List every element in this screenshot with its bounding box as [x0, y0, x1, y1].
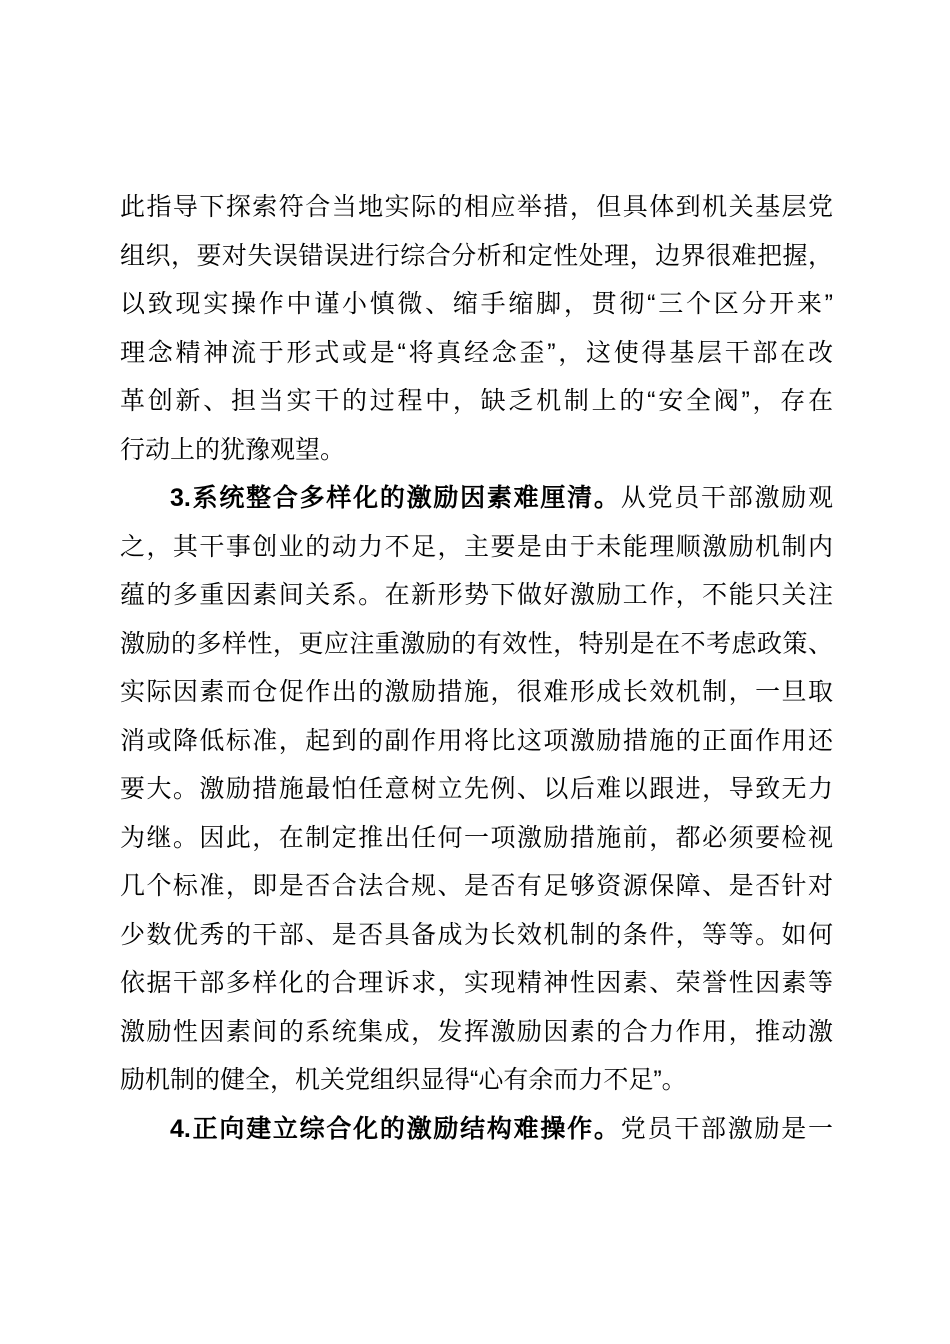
text-line: 依据干部多样化的合理诉求，实现精神性因素、荣誉性因素等 — [120, 959, 833, 1008]
text-line: 激励性因素间的系统集成，发挥激励因素的合力作用，推动激 — [120, 1008, 833, 1057]
text-line: 实际因素而仓促作出的激励措施，很难形成长效机制，一旦取 — [120, 668, 833, 717]
text-line: 革创新、担当实干的过程中，缺乏机制上的“安全阀”，存在 — [120, 377, 833, 426]
text-line: 以致现实操作中谨小慎微、缩手缩脚，贯彻“三个区分开来” — [120, 280, 833, 329]
paragraph-end-line: 行动上的犹豫观望。 — [120, 426, 833, 475]
document-page: 此指导下探索符合当地实际的相应举措，但具体到机关基层党 组织，要对失误错误进行综… — [0, 0, 950, 1344]
section-3-heading-rest: 从党员干部激励观 — [621, 484, 833, 512]
text-line: 此指导下探索符合当地实际的相应举措，但具体到机关基层党 — [120, 183, 833, 232]
text-line: 组织，要对失误错误进行综合分析和定性处理，边界很难把握， — [120, 232, 833, 281]
text-line: 消或降低标准，起到的副作用将比这项激励措施的正面作用还 — [120, 717, 833, 766]
paragraph-end-line: 励机制的健全，机关党组织显得“心有余而力不足”。 — [120, 1056, 833, 1105]
text-line: 之，其干事创业的动力不足，主要是由于未能理顺激励机制内 — [120, 523, 833, 572]
text-line: 少数优秀的干部、是否具备成为长效机制的条件，等等。如何 — [120, 911, 833, 960]
text-line: 为继。因此，在制定推出任何一项激励措施前，都必须要检视 — [120, 814, 833, 863]
text-line: 理念精神流于形式或是“将真经念歪”，这使得基层干部在改 — [120, 329, 833, 378]
text-line: 蕴的多重因素间关系。在新形势下做好激励工作，不能只关注 — [120, 571, 833, 620]
section-3-heading-line: 3.系统整合多样化的激励因素难厘清。从党员干部激励观 — [120, 474, 833, 523]
section-4-heading-bold: 4.正向建立综合化的激励结构难操作。 — [170, 1115, 621, 1143]
text-line: 几个标准，即是否合法合规、是否有足够资源保障、是否针对 — [120, 862, 833, 911]
text-line: 激励的多样性，更应注重激励的有效性，特别是在不考虑政策、 — [120, 620, 833, 669]
section-4-heading-rest: 党员干部激励是一 — [621, 1115, 833, 1143]
section-3-heading-bold: 3.系统整合多样化的激励因素难厘清。 — [170, 484, 621, 512]
text-line: 要大。激励措施最怕任意树立先例、以后难以跟进，导致无力 — [120, 765, 833, 814]
document-text-block: 此指导下探索符合当地实际的相应举措，但具体到机关基层党 组织，要对失误错误进行综… — [120, 183, 833, 1153]
section-4-heading-line: 4.正向建立综合化的激励结构难操作。党员干部激励是一 — [120, 1105, 833, 1154]
